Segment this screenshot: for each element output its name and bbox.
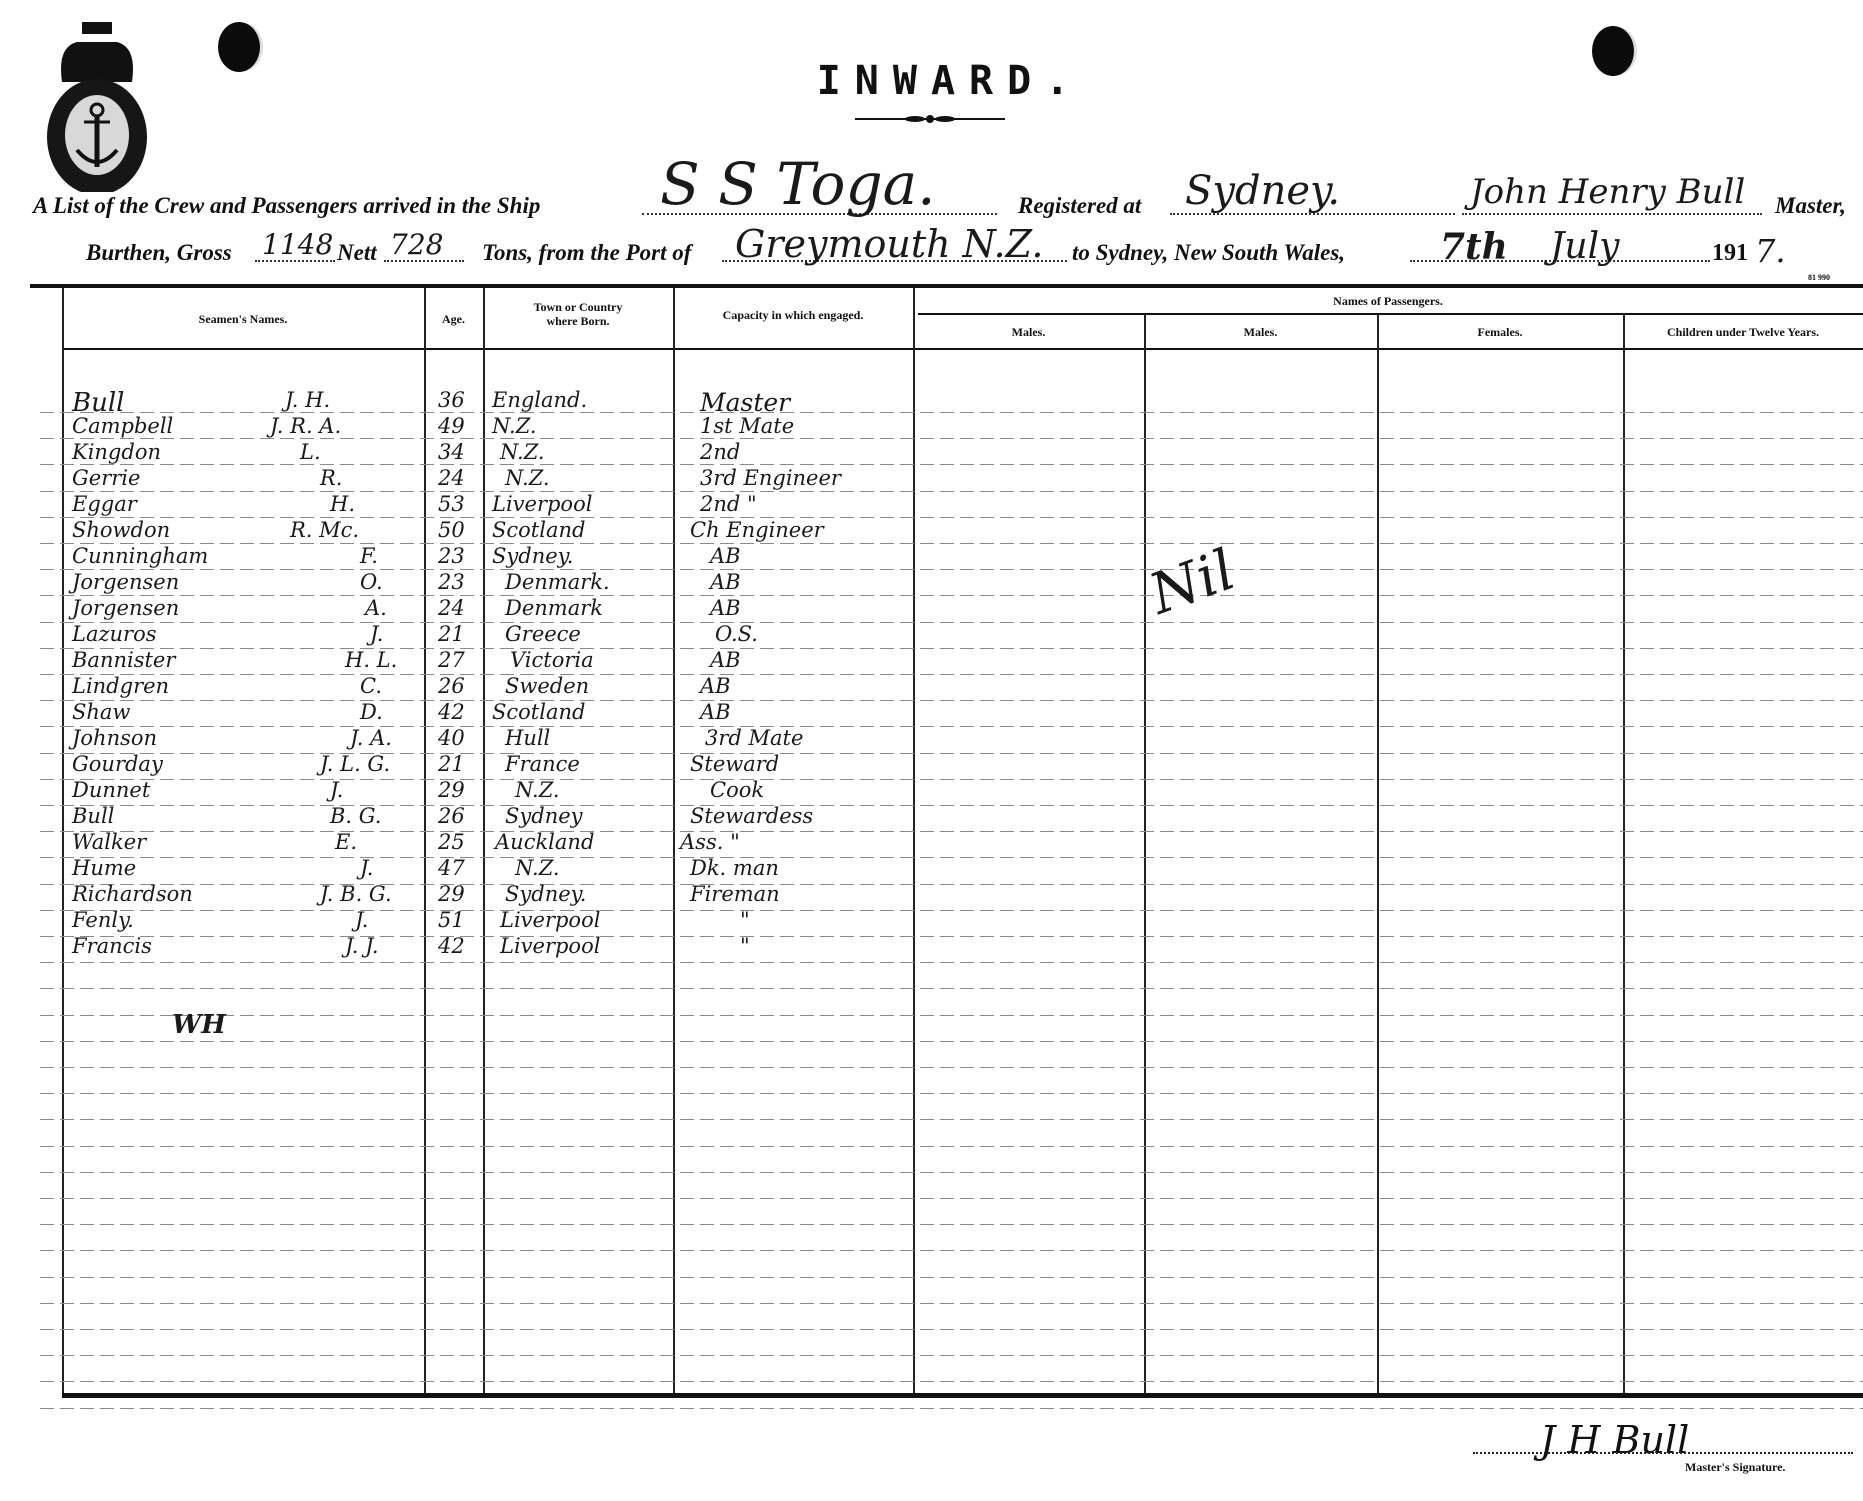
crew-born: N.Z. (515, 856, 560, 880)
crew-surname: Gerrie (72, 466, 140, 490)
crew-initials: J. (360, 856, 373, 880)
crew-initials: L. (300, 440, 321, 464)
crew-capacity: Ch Engineer (690, 518, 824, 542)
crew-born: Scotland (492, 518, 585, 542)
crew-surname: Richardson (72, 882, 193, 906)
col-header-capacity: Capacity in which engaged. (673, 308, 913, 322)
crew-age: 53 (438, 492, 465, 516)
document-title: INWARD. (740, 58, 1160, 104)
crew-initials: J. L. G. (320, 752, 390, 776)
table-bottom-rule (62, 1393, 1863, 1398)
crew-age: 23 (438, 544, 465, 568)
crew-surname: Bannister (72, 648, 175, 672)
col-header-males-1: Males. (913, 325, 1144, 339)
crew-capacity: Fireman (690, 882, 780, 906)
form-number: 81 990 (1808, 273, 1830, 282)
table-row: Fenly.J.51Liverpool" (0, 908, 930, 934)
nett-tons-value: 728 (390, 228, 443, 261)
crew-age: 49 (438, 414, 465, 438)
crew-age: 23 (438, 570, 465, 594)
crew-born: Victoria (510, 648, 594, 672)
table-row: EggarH.53Liverpool2nd " (0, 492, 930, 518)
crew-initials: J. (355, 908, 368, 932)
crew-initials: J. J. (345, 934, 379, 958)
ruled-line (40, 1381, 1863, 1382)
ruled-line (40, 1224, 1863, 1225)
year-prefix: 191 (1712, 240, 1748, 267)
table-row: FrancisJ. J.42Liverpool" (0, 934, 930, 960)
crew-initials: H. L. (345, 648, 397, 672)
table-row: JorgensenA.24DenmarkAB (0, 596, 930, 622)
crew-capacity: O.S. (715, 622, 758, 646)
crew-surname: Campbell (72, 414, 173, 438)
nett-label: Nett (337, 240, 377, 266)
crew-capacity: 2nd (700, 440, 740, 464)
crew-capacity: AB (700, 700, 731, 724)
crew-born: Sydney. (505, 882, 586, 906)
crew-age: 26 (438, 674, 465, 698)
crew-capacity: Dk. man (690, 856, 779, 880)
ruled-line (40, 1329, 1863, 1330)
crew-born: France (505, 752, 580, 776)
crew-initials: A. (365, 596, 387, 620)
master-label: Master, (1775, 193, 1846, 219)
crew-capacity: AB (710, 648, 741, 672)
crew-age: 21 (438, 752, 465, 776)
arrival-month: July (1550, 226, 1619, 267)
col-divider-males-males (1144, 315, 1146, 1393)
crew-born: England. (492, 388, 587, 412)
arrival-day: 7th (1440, 226, 1508, 268)
crew-initials: R. Mc. (290, 518, 359, 542)
crew-capacity: Ass. " (680, 830, 740, 854)
ruled-line (40, 1041, 1863, 1042)
table-row: HumeJ.47N.Z.Dk. man (0, 856, 930, 882)
crew-age: 50 (438, 518, 465, 542)
crew-age: 27 (438, 648, 465, 672)
crew-initials: R. (320, 466, 343, 490)
crew-surname: Johnson (72, 726, 157, 750)
crew-age: 34 (438, 440, 465, 464)
crew-born: Hull (505, 726, 550, 750)
title-flourish-icon (855, 115, 1005, 123)
crew-born: Scotland (492, 700, 585, 724)
crew-capacity: Master (700, 388, 790, 417)
crew-born: Sydney. (492, 544, 573, 568)
crew-surname: Cunningham (72, 544, 208, 568)
ruled-line (40, 1067, 1863, 1068)
gross-tons-value: 1148 (262, 228, 333, 261)
crew-initials: J. (330, 778, 343, 802)
crew-initials: E. (335, 830, 357, 854)
crew-capacity: Steward (690, 752, 779, 776)
crew-born: Liverpool (500, 934, 600, 958)
col-divider-females-children (1623, 315, 1625, 1393)
col-header-town-born: Town or Country where Born. (523, 300, 633, 328)
crew-age: 24 (438, 466, 465, 490)
crew-surname: Kingdon (72, 440, 161, 464)
punch-hole-right (1592, 26, 1634, 76)
crew-surname: Jorgensen (72, 570, 179, 594)
crew-initials: H. (330, 492, 355, 516)
col-header-children: Children under Twelve Years. (1623, 325, 1863, 339)
ruled-line (40, 1198, 1863, 1199)
crew-surname: Jorgensen (72, 596, 179, 620)
table-row: ShowdonR. Mc.50ScotlandCh Engineer (0, 518, 930, 544)
crew-capacity: AB (700, 674, 731, 698)
crew-surname: Dunnet (72, 778, 150, 802)
table-row: ShawD.42ScotlandAB (0, 700, 930, 726)
passengers-nil-annotation: Nil (1141, 537, 1243, 627)
table-row: DunnetJ.29N.Z.Cook (0, 778, 930, 804)
table-row: KingdonL.34N.Z.2nd (0, 440, 930, 466)
crown-anchor-crest-icon (42, 22, 152, 192)
crew-list-intro: A List of the Crew and Passengers arrive… (33, 193, 540, 219)
table-row: RichardsonJ. B. G.29Sydney.Fireman (0, 882, 930, 908)
crew-initials: J. R. A. (270, 414, 341, 438)
table-row: LindgrenC.26SwedenAB (0, 674, 930, 700)
ruled-line (40, 1015, 1863, 1016)
crew-surname: Gourday (72, 752, 163, 776)
ruled-line (40, 1355, 1863, 1356)
header-top-rule (30, 284, 1863, 288)
ruled-line (40, 962, 1863, 963)
to-sydney-label: to Sydney, New South Wales, (1072, 240, 1345, 266)
from-port-value: Greymouth N.Z. (735, 222, 1043, 266)
crew-capacity: " (740, 908, 750, 932)
crew-surname: Showdon (72, 518, 170, 542)
crew-age: 36 (438, 388, 465, 412)
table-row: WalkerE.25AucklandAss. " (0, 830, 930, 856)
col-divider-males-females (1377, 315, 1379, 1393)
crew-age: 42 (438, 934, 465, 958)
crew-initials: J. B. G. (320, 882, 392, 906)
ruled-line (40, 988, 1863, 989)
crew-surname: Walker (72, 830, 146, 854)
crew-born: Greece (505, 622, 581, 646)
crew-age: 29 (438, 778, 465, 802)
crew-born: Denmark. (505, 570, 610, 594)
col-header-passengers-group: Names of Passengers. (913, 294, 1863, 308)
master-name-field (1462, 213, 1762, 215)
table-row: LazurosJ.21GreeceO.S. (0, 622, 930, 648)
crew-age: 47 (438, 856, 465, 880)
crew-capacity: Cook (710, 778, 764, 802)
crew-surname: Lindgren (72, 674, 169, 698)
crew-initials: J. (370, 622, 383, 646)
crew-born: N.Z. (492, 414, 537, 438)
crew-age: 51 (438, 908, 465, 932)
burthen-gross-label: Burthen, Gross (86, 240, 232, 266)
crew-age: 42 (438, 700, 465, 724)
crew-surname: Hume (72, 856, 136, 880)
crew-age: 25 (438, 830, 465, 854)
punch-hole-left (218, 22, 260, 72)
table-row: GourdayJ. L. G.21FranceSteward (0, 752, 930, 778)
master-signature: J H Bull (1540, 1418, 1689, 1462)
crew-capacity: AB (710, 544, 741, 568)
crew-born: Auckland (495, 830, 594, 854)
crew-end-initials: WH (172, 1010, 226, 1040)
crew-initials: J. H. (285, 388, 330, 412)
crew-age: 21 (438, 622, 465, 646)
ship-name: S S Toga. (660, 150, 936, 218)
crew-initials: J. A. (350, 726, 392, 750)
crew-surname: Bull (72, 804, 114, 828)
crew-surname: Lazuros (72, 622, 157, 646)
crew-capacity: " (740, 934, 750, 958)
year-suffix: 7. (1755, 232, 1786, 270)
crew-surname: Eggar (72, 492, 137, 516)
crew-surname: Francis (72, 934, 152, 958)
crew-initials: B. G. (330, 804, 382, 828)
column-header-bottom-rule (62, 348, 1863, 350)
crew-born: Liverpool (492, 492, 592, 516)
registered-at-label: Registered at (1018, 193, 1141, 219)
crew-initials: F. (360, 544, 378, 568)
crew-born: N.Z. (500, 440, 545, 464)
table-row: JohnsonJ. A.40Hull3rd Mate (0, 726, 930, 752)
crew-age: 40 (438, 726, 465, 750)
table-row: BullB. G.26SydneyStewardess (0, 804, 930, 830)
tons-from-port-label: Tons, from the Port of (482, 240, 691, 266)
ruled-line (40, 1146, 1863, 1147)
table-row: BullJ. H.36England.Master (0, 388, 930, 414)
table-row: GerrieR.24N.Z.3rd Engineer (0, 466, 930, 492)
crew-capacity: Stewardess (690, 804, 813, 828)
crew-capacity: 3rd Engineer (700, 466, 841, 490)
crew-capacity: AB (710, 596, 741, 620)
col-header-age: Age. (424, 312, 483, 326)
signature-line (1473, 1452, 1853, 1454)
passenger-group-rule (918, 313, 1863, 315)
col-header-seamens-names: Seamen's Names. (62, 312, 424, 326)
crew-capacity: 3rd Mate (705, 726, 803, 750)
table-row: CampbellJ. R. A.49N.Z.1st Mate (0, 414, 930, 440)
col-header-females: Females. (1377, 325, 1623, 339)
crew-born: Liverpool (500, 908, 600, 932)
table-row: CunninghamF.23Sydney.AB (0, 544, 930, 570)
crew-born: Denmark (505, 596, 603, 620)
crew-age: 29 (438, 882, 465, 906)
ruled-line (40, 1303, 1863, 1304)
crew-surname: Shaw (72, 700, 130, 724)
crew-born: Sydney (505, 804, 583, 828)
table-row: BannisterH. L.27VictoriaAB (0, 648, 930, 674)
ruled-line (40, 1250, 1863, 1251)
crew-surname: Fenly. (72, 908, 134, 932)
master-name: John Henry Bull (1470, 172, 1745, 212)
ruled-line (40, 1093, 1863, 1094)
ruled-line (40, 1408, 1863, 1409)
ruled-line (40, 1277, 1863, 1278)
crew-capacity: 1st Mate (700, 414, 794, 438)
crew-initials: O. (360, 570, 383, 594)
table-row: JorgensenO.23Denmark.AB (0, 570, 930, 596)
crew-born: N.Z. (515, 778, 560, 802)
col-header-males-2: Males. (1144, 325, 1377, 339)
crew-age: 26 (438, 804, 465, 828)
crew-capacity: 2nd " (700, 492, 757, 516)
ruled-line (40, 1172, 1863, 1173)
registered-at-value: Sydney. (1185, 168, 1340, 214)
crew-born: Sweden (505, 674, 589, 698)
crew-born: N.Z. (505, 466, 550, 490)
crew-capacity: AB (710, 570, 741, 594)
ruled-line (40, 1119, 1863, 1120)
crew-initials: D. (360, 700, 383, 724)
signature-label: Master's Signature. (1685, 1460, 1785, 1475)
crew-initials: C. (360, 674, 382, 698)
crew-age: 24 (438, 596, 465, 620)
